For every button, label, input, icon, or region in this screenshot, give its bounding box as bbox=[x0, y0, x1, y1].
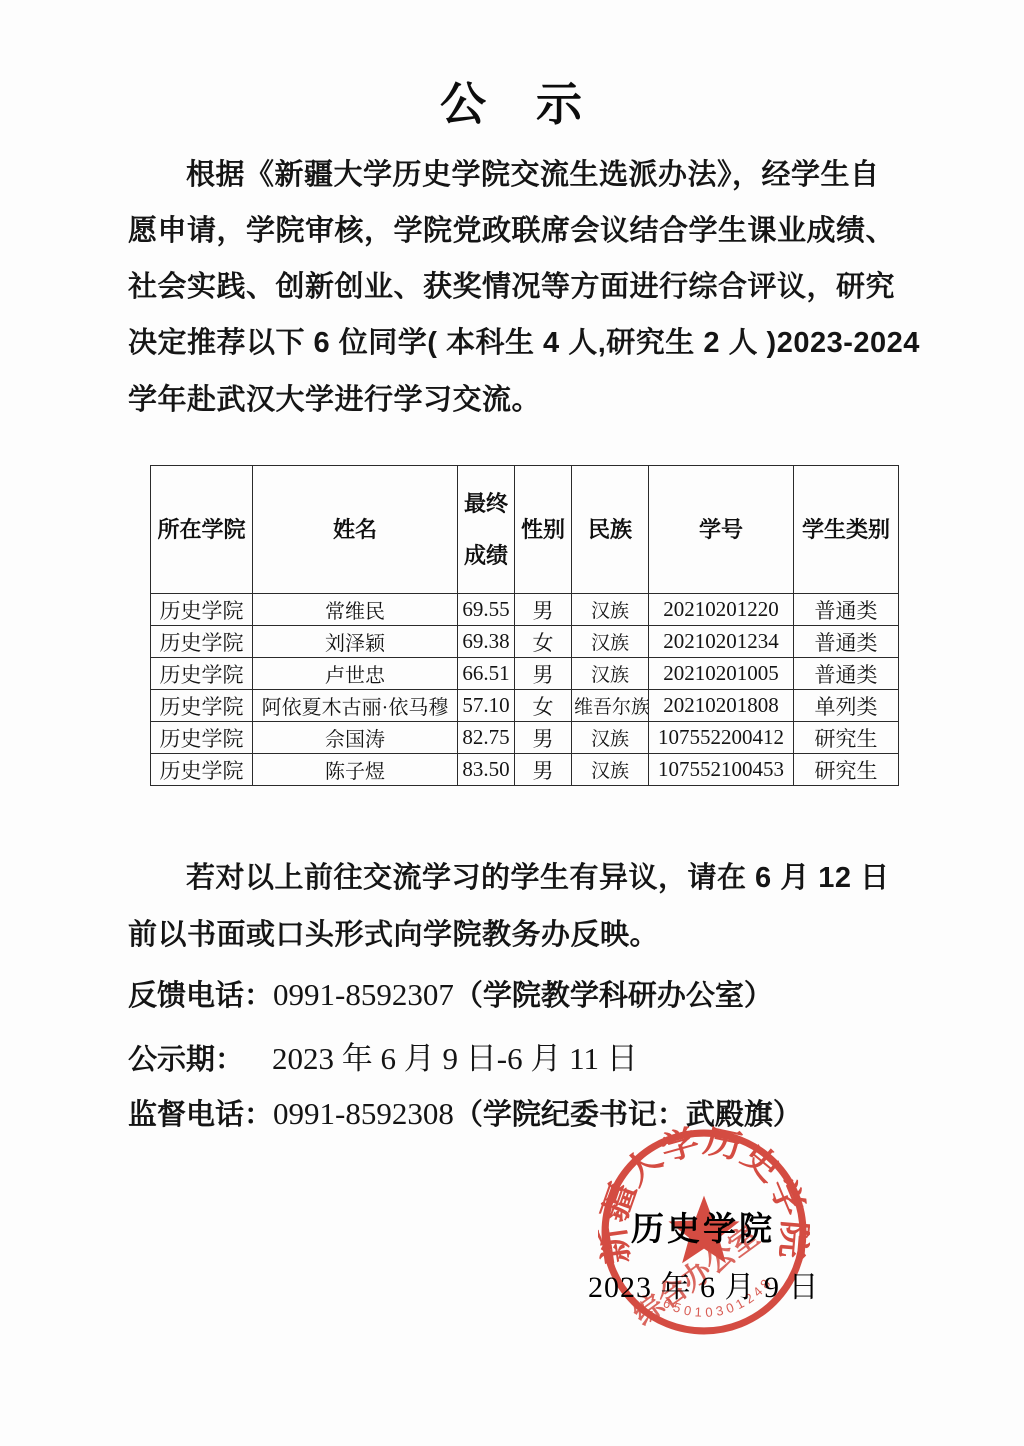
cell-name: 常维民 bbox=[253, 594, 458, 626]
header-student-id: 学号 bbox=[649, 466, 794, 594]
feedback-phone-line: 反馈电话：0991-8592307（学院教学科研办公室） bbox=[128, 973, 773, 1014]
cell-category: 普通类 bbox=[794, 658, 899, 690]
cell-name: 阿依夏木古丽·依马穆 bbox=[253, 690, 458, 722]
cell-gender: 女 bbox=[515, 626, 572, 658]
feedback-phone-office: （学院教学科研办公室） bbox=[454, 980, 773, 1012]
feedback-phone-label: 反馈电话： bbox=[128, 980, 273, 1012]
paragraph1-line1: 根据《新疆大学历史学院交流生选派办法》，经学生自 bbox=[128, 152, 908, 193]
table-row: 历史学院 陈子煜 83.50 男 汉族 107552100453 研究生 bbox=[151, 754, 899, 786]
cell-ethnicity: 汉族 bbox=[572, 594, 649, 626]
supervision-phone-label: 监督电话： bbox=[128, 1099, 273, 1131]
cell-ethnicity: 汉族 bbox=[572, 754, 649, 786]
table-header-row: 所在学院 姓名 最终成绩 性别 民族 学号 学生类别 bbox=[151, 466, 899, 594]
paragraph1-line4: 决定推荐以下 6 位同学( 本科生 4 人,研究生 2 人 )2023-2024 bbox=[128, 320, 908, 361]
cell-ethnicity: 汉族 bbox=[572, 626, 649, 658]
cell-college: 历史学院 bbox=[151, 658, 253, 690]
cell-college: 历史学院 bbox=[151, 626, 253, 658]
paragraph1-line3: 社会实践、创新创业、获奖情况等方面进行综合评议，研究 bbox=[128, 264, 908, 305]
cell-college: 历史学院 bbox=[151, 722, 253, 754]
cell-ethnicity: 汉族 bbox=[572, 658, 649, 690]
student-roster-table: 所在学院 姓名 最终成绩 性别 民族 学号 学生类别 历史学院 常维民 69.5… bbox=[150, 465, 899, 786]
table-row: 历史学院 卢世忠 66.51 男 汉族 20210201005 普通类 bbox=[151, 658, 899, 690]
table-row: 历史学院 阿依夏木古丽·依马穆 57.10 女 维吾尔族 20210201808… bbox=[151, 690, 899, 722]
cell-category: 研究生 bbox=[794, 722, 899, 754]
cell-score: 66.51 bbox=[458, 658, 515, 690]
header-gender: 性别 bbox=[515, 466, 572, 594]
cell-ethnicity: 汉族 bbox=[572, 722, 649, 754]
cell-name: 卢世忠 bbox=[253, 658, 458, 690]
header-ethnicity: 民族 bbox=[572, 466, 649, 594]
cell-score: 82.75 bbox=[458, 722, 515, 754]
cell-gender: 男 bbox=[515, 722, 572, 754]
paragraph2-line2: 前以书面或口头形式向学院教务办反映。 bbox=[128, 912, 908, 953]
table-row: 历史学院 佘国涛 82.75 男 汉族 107552200412 研究生 bbox=[151, 722, 899, 754]
cell-student-id: 20210201005 bbox=[649, 658, 794, 690]
cell-student-id: 107552200412 bbox=[649, 722, 794, 754]
cell-ethnicity: 维吾尔族 bbox=[572, 690, 649, 722]
signature-date: 2023 年 6 月 9 日 bbox=[588, 1262, 820, 1306]
feedback-phone-number: 0991-8592307 bbox=[273, 977, 454, 1012]
cell-college: 历史学院 bbox=[151, 594, 253, 626]
cell-student-id: 20210201808 bbox=[649, 690, 794, 722]
paragraph1-line5: 学年赴武汉大学进行学习交流。 bbox=[128, 377, 908, 418]
cell-college: 历史学院 bbox=[151, 690, 253, 722]
cell-student-id: 20210201234 bbox=[649, 626, 794, 658]
cell-name: 佘国涛 bbox=[253, 722, 458, 754]
notice-period-label: 公示期： bbox=[128, 1044, 244, 1076]
notice-period-line: 公示期：2023 年 6 月 9 日-6 月 11 日 bbox=[128, 1033, 638, 1078]
cell-category: 单列类 bbox=[794, 690, 899, 722]
header-category: 学生类别 bbox=[794, 466, 899, 594]
page-title: 公 示 bbox=[0, 68, 1024, 134]
header-college: 所在学院 bbox=[151, 466, 253, 594]
cell-gender: 男 bbox=[515, 754, 572, 786]
cell-score: 83.50 bbox=[458, 754, 515, 786]
cell-college: 历史学院 bbox=[151, 754, 253, 786]
cell-category: 普通类 bbox=[794, 626, 899, 658]
header-final-score: 最终成绩 bbox=[458, 466, 515, 594]
signature-department: 历史学院 bbox=[631, 1203, 775, 1250]
cell-gender: 男 bbox=[515, 594, 572, 626]
cell-score: 69.55 bbox=[458, 594, 515, 626]
cell-score: 57.10 bbox=[458, 690, 515, 722]
paragraph1-line2: 愿申请，学院审核，学院党政联席会议结合学生课业成绩、 bbox=[128, 208, 908, 249]
supervision-phone-number: 0991-8592308 bbox=[273, 1096, 454, 1131]
cell-category: 普通类 bbox=[794, 594, 899, 626]
table-row: 历史学院 刘泽颖 69.38 女 汉族 20210201234 普通类 bbox=[151, 626, 899, 658]
table-row: 历史学院 常维民 69.55 男 汉族 20210201220 普通类 bbox=[151, 594, 899, 626]
cell-student-id: 20210201220 bbox=[649, 594, 794, 626]
paragraph2-line1: 若对以上前往交流学习的学生有异议，请在 6 月 12 日 bbox=[128, 855, 908, 896]
cell-score: 69.38 bbox=[458, 626, 515, 658]
cell-category: 研究生 bbox=[794, 754, 899, 786]
notice-page: 公 示 根据《新疆大学历史学院交流生选派办法》，经学生自 愿申请，学院审核，学院… bbox=[0, 0, 1024, 1446]
cell-name: 陈子煜 bbox=[253, 754, 458, 786]
header-name: 姓名 bbox=[253, 466, 458, 594]
cell-gender: 女 bbox=[515, 690, 572, 722]
cell-name: 刘泽颖 bbox=[253, 626, 458, 658]
cell-gender: 男 bbox=[515, 658, 572, 690]
notice-period-dates: 2023 年 6 月 9 日-6 月 11 日 bbox=[272, 1041, 638, 1076]
cell-student-id: 107552100453 bbox=[649, 754, 794, 786]
